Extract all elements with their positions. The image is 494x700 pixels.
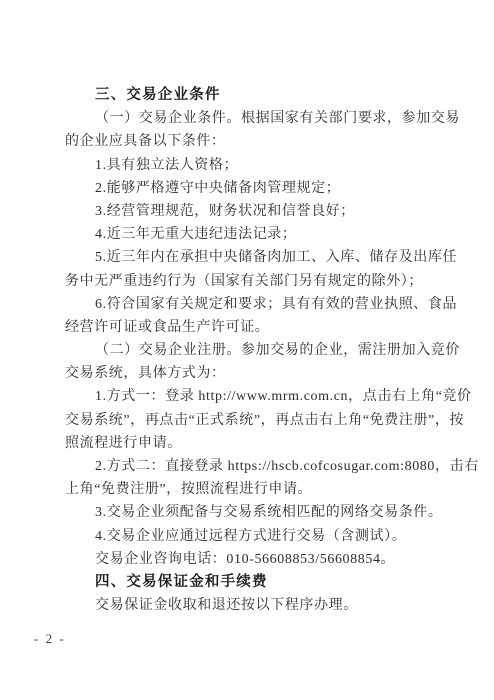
document-line: 2.能够严格遵守中央储备肉管理规定； [65, 177, 437, 200]
document-line: 4.近三年无重大违纪违法记录； [65, 223, 437, 246]
section-heading: 四、交易保证金和手续费 [65, 571, 437, 594]
document-line: （二）交易企业注册。参加交易的企业，需注册加入竞价 [65, 339, 437, 362]
document-line: 上角“免费注册”，按照流程进行申请。 [65, 478, 437, 501]
page-number: - 2 - [34, 631, 66, 647]
document-line: 经营许可证或食品生产许可证。 [65, 316, 437, 339]
document-line: 1.具有独立法人资格； [65, 154, 437, 177]
document-page: 三、交易企业条件（一）交易企业条件。根据国家有关部门要求，参加交易的企业应具备以… [0, 0, 494, 700]
document-line: 3.经营管理规范，财务状况和信誉良好； [65, 200, 437, 223]
document-line: 1.方式一：登录 http://www.mrm.com.cn，点击右上角“竞价 [65, 385, 437, 408]
document-line: 照流程进行申请。 [65, 432, 437, 455]
document-line: 交易系统”，再点击“正式系统”，再点击右上角“免费注册”，按 [65, 409, 437, 432]
document-line: 6.符合国家有关规定和要求；具有有效的营业执照、食品 [65, 293, 437, 316]
document-line: 2.方式二：直接登录 https://hscb.cofcosugar.com:8… [65, 455, 437, 478]
document-line: 交易系统，具体方式为： [65, 362, 437, 385]
document-line: 5.近三年内在承担中央储备肉加工、入库、储存及出库任 [65, 246, 437, 269]
section-heading: 三、交易企业条件 [65, 84, 437, 107]
document-line: 务中无严重违约行为（国家有关部门另有规定的除外）； [65, 270, 437, 293]
document-line: 交易保证金收取和退还按以下程序办理。 [65, 594, 437, 617]
document-line: 交易企业咨询电话：010-56608853/56608854。 [65, 548, 437, 571]
document-line: 的企业应具备以下条件： [65, 130, 437, 153]
document-line: 3.交易企业须配备与交易系统相匹配的网络交易条件。 [65, 501, 437, 524]
document-line: （一）交易企业条件。根据国家有关部门要求，参加交易 [65, 107, 437, 130]
document-line: 4.交易企业应通过远程方式进行交易（含测试）。 [65, 525, 437, 548]
document-body: 三、交易企业条件（一）交易企业条件。根据国家有关部门要求，参加交易的企业应具备以… [65, 84, 437, 617]
